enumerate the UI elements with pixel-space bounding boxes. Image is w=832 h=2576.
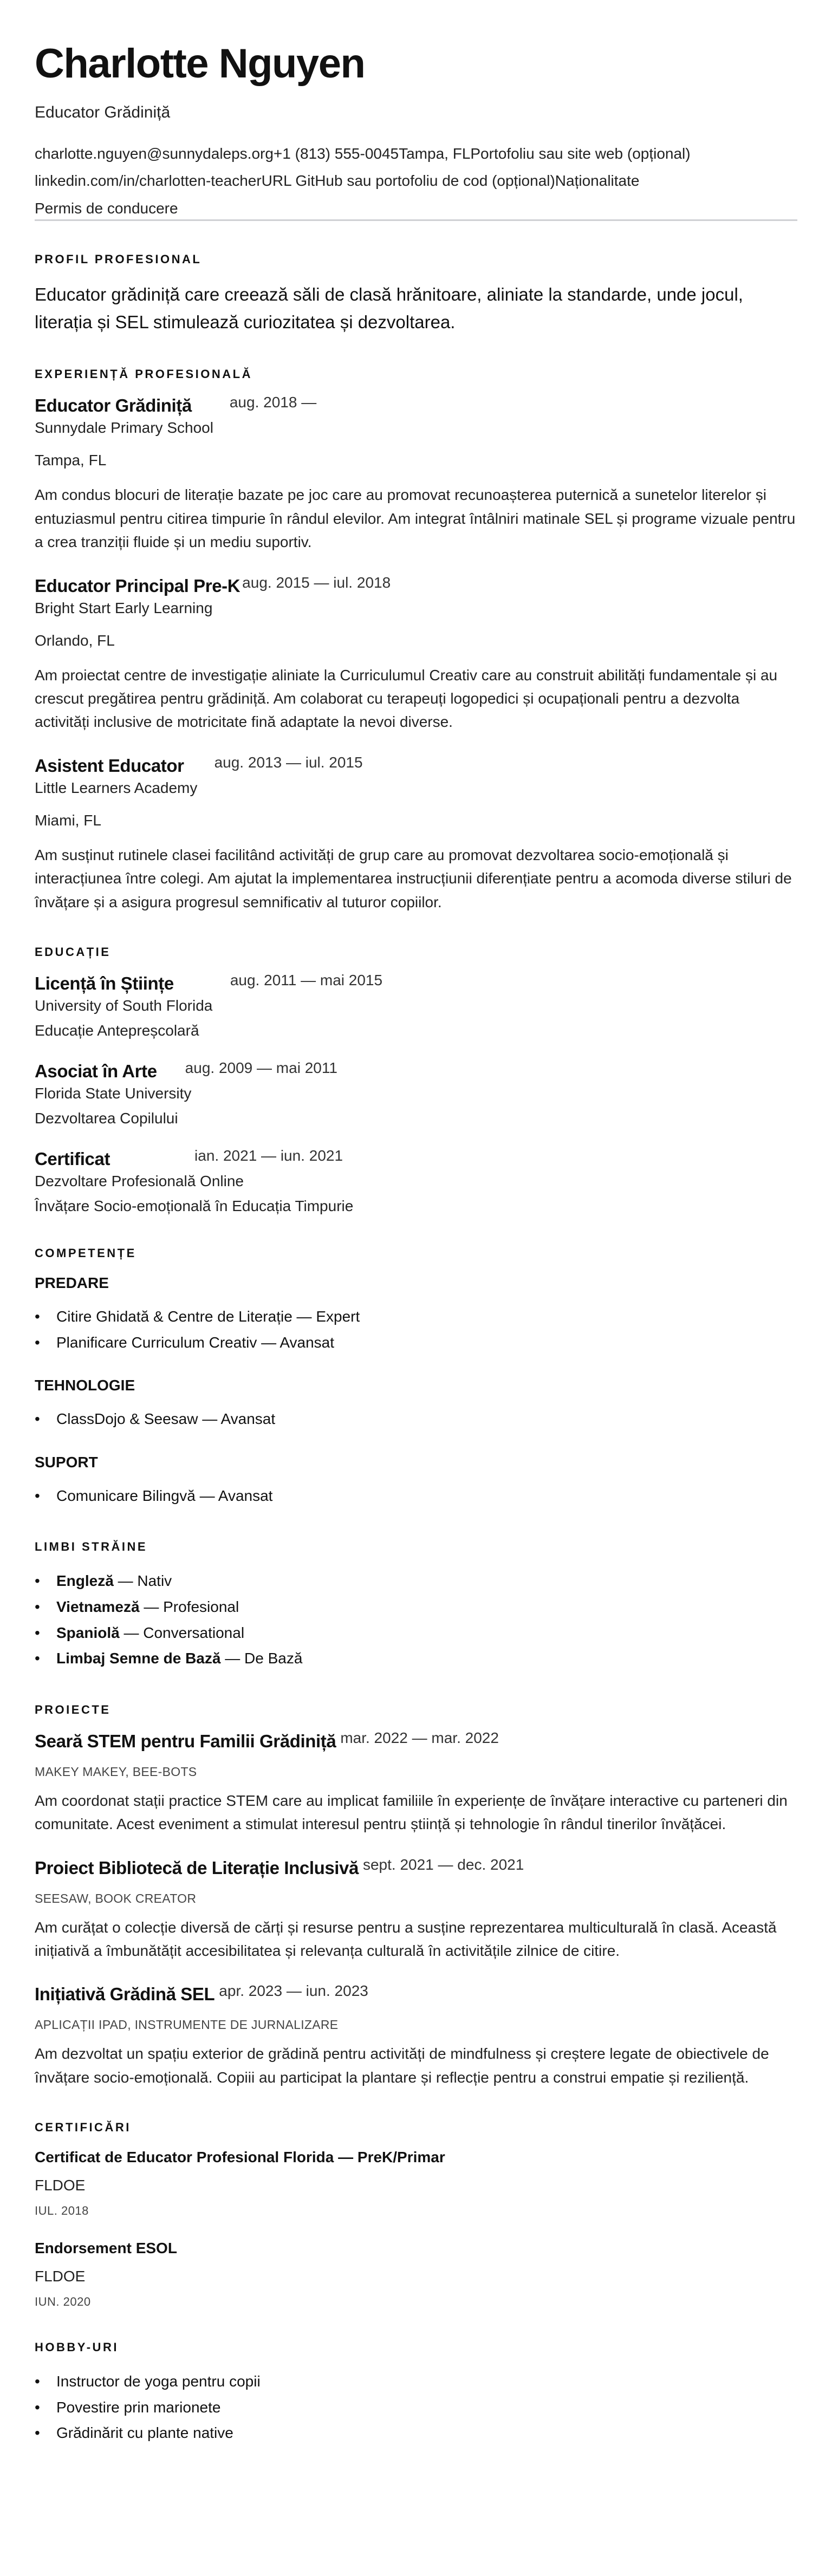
skill-list: •Comunicare Bilingvă — Avansat xyxy=(35,1483,797,1509)
project-tech: SEESAW, BOOK CREATOR xyxy=(35,1891,797,1906)
contact-line-2: linkedin.com/in/charlotten-teacherURL Gi… xyxy=(35,171,797,191)
hobby-list: •Instructor de yoga pentru copii •Povest… xyxy=(35,2369,797,2446)
section-experience: EXPERIENȚĂ PROFESIONALĂ Educator Grădini… xyxy=(35,367,797,914)
language-item: •Spaniolă — Conversational xyxy=(35,1620,797,1646)
contact-line-1: charlotte.nguyen@sunnydaleps.org+1 (813)… xyxy=(35,144,797,164)
language-level: — De Bază xyxy=(220,1650,302,1667)
section-title: COMPETENȚE xyxy=(35,1246,797,1260)
job-dates: aug. 2018 — xyxy=(230,394,316,411)
job-dates: aug. 2013 — iul. 2015 xyxy=(214,754,363,771)
language-item: •Engleză — Nativ xyxy=(35,1568,797,1594)
profile-summary: Educator grădiniță care creează săli de … xyxy=(35,281,797,336)
project-tech: APLICAȚII IPAD, INSTRUMENTE DE JURNALIZA… xyxy=(35,2018,797,2032)
bullet-icon: • xyxy=(35,1594,56,1620)
skill-item: •Planificare Curriculum Creativ — Avansa… xyxy=(35,1330,797,1356)
section-title: PROFIL PROFESIONAL xyxy=(35,252,797,266)
language-item: •Limbaj Semne de Bază — De Bază xyxy=(35,1645,797,1671)
field-of-study: Învățare Socio-emoțională în Educația Ti… xyxy=(35,1198,797,1215)
experience-entry: Educator Principal Pre-K aug. 2015 — iul… xyxy=(35,576,797,734)
section-hobbies: HOBBY-URI •Instructor de yoga pentru cop… xyxy=(35,2340,797,2446)
skill-item: •Comunicare Bilingvă — Avansat xyxy=(35,1483,797,1509)
bullet-icon: • xyxy=(35,1568,56,1594)
certification-entry: Endorsement ESOL FLDOE IUN. 2020 xyxy=(35,2240,797,2309)
job-title: Asistent Educator xyxy=(35,756,184,776)
project-dates: mar. 2022 — mar. 2022 xyxy=(340,1729,499,1747)
degree-title: Asociat în Arte xyxy=(35,1061,157,1082)
section-education: EDUCAȚIE Licență în Științe aug. 2011 — … xyxy=(35,945,797,1215)
job-dates: aug. 2015 — iul. 2018 xyxy=(242,574,391,591)
bullet-icon: • xyxy=(35,1406,56,1432)
job-org: Sunnydale Primary School xyxy=(35,419,797,437)
job-org: Bright Start Early Learning xyxy=(35,600,797,617)
job-org: Little Learners Academy xyxy=(35,779,797,797)
language-name: Vietnameză xyxy=(56,1598,140,1615)
job-title: Educator Grădiniță xyxy=(35,395,192,416)
section-languages: LIMBI STRĂINE •Engleză — Nativ •Vietname… xyxy=(35,1540,797,1671)
bullet-icon: • xyxy=(35,1483,56,1509)
candidate-name: Charlotte Nguyen xyxy=(35,43,797,84)
school-name: Dezvoltare Profesională Online xyxy=(35,1173,797,1190)
bullet-icon: • xyxy=(35,1330,56,1356)
contact-line-3: Permis de conducere xyxy=(35,199,797,218)
project-description: Am dezvoltat un spațiu exterior de grădi… xyxy=(35,2042,797,2089)
resume-page: Charlotte Nguyen Educator Grădiniță char… xyxy=(0,0,832,2479)
degree-dates: aug. 2011 — mai 2015 xyxy=(230,972,382,989)
project-description: Am curățat o colecție diversă de cărți ș… xyxy=(35,1916,797,1963)
skill-item: •Citire Ghidată & Centre de Literație — … xyxy=(35,1304,797,1330)
job-location: Tampa, FL xyxy=(35,452,797,469)
candidate-headline: Educator Grădiniță xyxy=(35,103,797,122)
certification-entry: Certificat de Educator Profesional Flori… xyxy=(35,2149,797,2218)
section-projects: PROIECTE Seară STEM pentru Familii Grădi… xyxy=(35,1703,797,2089)
project-name: Seară STEM pentru Familii Grădiniță xyxy=(35,1731,336,1752)
experience-entry: Educator Grădiniță aug. 2018 — Sunnydale… xyxy=(35,395,797,554)
certification-name: Certificat de Educator Profesional Flori… xyxy=(35,2149,797,2166)
project-description: Am coordonat stații practice STEM care a… xyxy=(35,1789,797,1836)
bullet-icon: • xyxy=(35,1620,56,1646)
project-name: Proiect Bibliotecă de Literație Inclusiv… xyxy=(35,1858,359,1878)
education-entry: Certificat ian. 2021 — iun. 2021 Dezvolt… xyxy=(35,1149,797,1215)
section-title: HOBBY-URI xyxy=(35,2340,797,2354)
school-name: Florida State University xyxy=(35,1085,797,1102)
project-dates: sept. 2021 — dec. 2021 xyxy=(363,1856,524,1874)
degree-dates: aug. 2009 — mai 2011 xyxy=(185,1059,337,1077)
project-entry: Proiect Bibliotecă de Literație Inclusiv… xyxy=(35,1858,797,1963)
school-name: University of South Florida xyxy=(35,997,797,1014)
education-entry: Licență în Științe aug. 2011 — mai 2015 … xyxy=(35,973,797,1039)
language-level: — Profesional xyxy=(140,1598,239,1615)
job-title: Educator Principal Pre-K xyxy=(35,576,240,596)
skill-list: •ClassDojo & Seesaw — Avansat xyxy=(35,1406,797,1432)
certification-issuer: FLDOE xyxy=(35,2268,797,2285)
project-entry: Inițiativă Grădină SEL apr. 2023 — iun. … xyxy=(35,1984,797,2089)
language-level: — Conversational xyxy=(120,1624,244,1641)
degree-title: Licență în Științe xyxy=(35,973,174,994)
skill-group-title: PREDARE xyxy=(35,1274,797,1292)
language-name: Spaniolă xyxy=(56,1624,120,1641)
hobby-item: •Grădinărit cu plante native xyxy=(35,2420,797,2446)
skill-group-title: SUPORT xyxy=(35,1454,797,1471)
bullet-icon: • xyxy=(35,1645,56,1671)
section-title: LIMBI STRĂINE xyxy=(35,1540,797,1554)
section-title: CERTIFICĂRI xyxy=(35,2120,797,2135)
certification-issuer: FLDOE xyxy=(35,2177,797,2194)
section-title: EDUCAȚIE xyxy=(35,945,797,959)
bullet-icon: • xyxy=(35,2369,56,2395)
job-location: Miami, FL xyxy=(35,812,797,829)
section-skills: COMPETENȚE PREDARE •Citire Ghidată & Cen… xyxy=(35,1246,797,1508)
project-name: Inițiativă Grădină SEL xyxy=(35,1984,214,2005)
job-location: Orlando, FL xyxy=(35,632,797,649)
language-list: •Engleză — Nativ •Vietnameză — Profesion… xyxy=(35,1568,797,1671)
skill-list: •Citire Ghidată & Centre de Literație — … xyxy=(35,1304,797,1355)
section-title: PROIECTE xyxy=(35,1703,797,1717)
skill-item: •ClassDojo & Seesaw — Avansat xyxy=(35,1406,797,1432)
language-name: Limbaj Semne de Bază xyxy=(56,1650,220,1667)
bullet-icon: • xyxy=(35,2420,56,2446)
language-name: Engleză xyxy=(56,1572,114,1589)
field-of-study: Dezvoltarea Copilului xyxy=(35,1110,797,1127)
degree-title: Certificat xyxy=(35,1149,110,1169)
project-dates: apr. 2023 — iun. 2023 xyxy=(219,1982,368,2000)
job-description: Am condus blocuri de literație bazate pe… xyxy=(35,483,797,554)
language-level: — Nativ xyxy=(114,1572,172,1589)
education-entry: Asociat în Arte aug. 2009 — mai 2011 Flo… xyxy=(35,1061,797,1127)
field-of-study: Educație Antepreșcolară xyxy=(35,1022,797,1039)
skill-group-title: TEHNOLOGIE xyxy=(35,1377,797,1394)
section-certifications: CERTIFICĂRI Certificat de Educator Profe… xyxy=(35,2120,797,2309)
project-tech: MAKEY MAKEY, BEE-BOTS xyxy=(35,1765,797,1779)
hobby-item: •Instructor de yoga pentru copii xyxy=(35,2369,797,2395)
certification-date: IUL. 2018 xyxy=(35,2204,797,2218)
job-description: Am proiectat centre de investigație alin… xyxy=(35,663,797,734)
hobby-item: •Povestire prin marionete xyxy=(35,2395,797,2421)
certification-date: IUN. 2020 xyxy=(35,2295,797,2309)
resume-header: Charlotte Nguyen Educator Grădiniță char… xyxy=(35,43,797,221)
certification-name: Endorsement ESOL xyxy=(35,2240,797,2257)
experience-entry: Asistent Educator aug. 2013 — iul. 2015 … xyxy=(35,756,797,914)
header-divider xyxy=(35,219,797,221)
section-profile: PROFIL PROFESIONAL Educator grădiniță ca… xyxy=(35,252,797,336)
bullet-icon: • xyxy=(35,1304,56,1330)
degree-dates: ian. 2021 — iun. 2021 xyxy=(194,1147,343,1165)
project-entry: Seară STEM pentru Familii Grădiniță mar.… xyxy=(35,1731,797,1836)
section-title: EXPERIENȚĂ PROFESIONALĂ xyxy=(35,367,797,381)
bullet-icon: • xyxy=(35,2395,56,2421)
language-item: •Vietnameză — Profesional xyxy=(35,1594,797,1620)
job-description: Am susținut rutinele clasei facilitând a… xyxy=(35,843,797,914)
